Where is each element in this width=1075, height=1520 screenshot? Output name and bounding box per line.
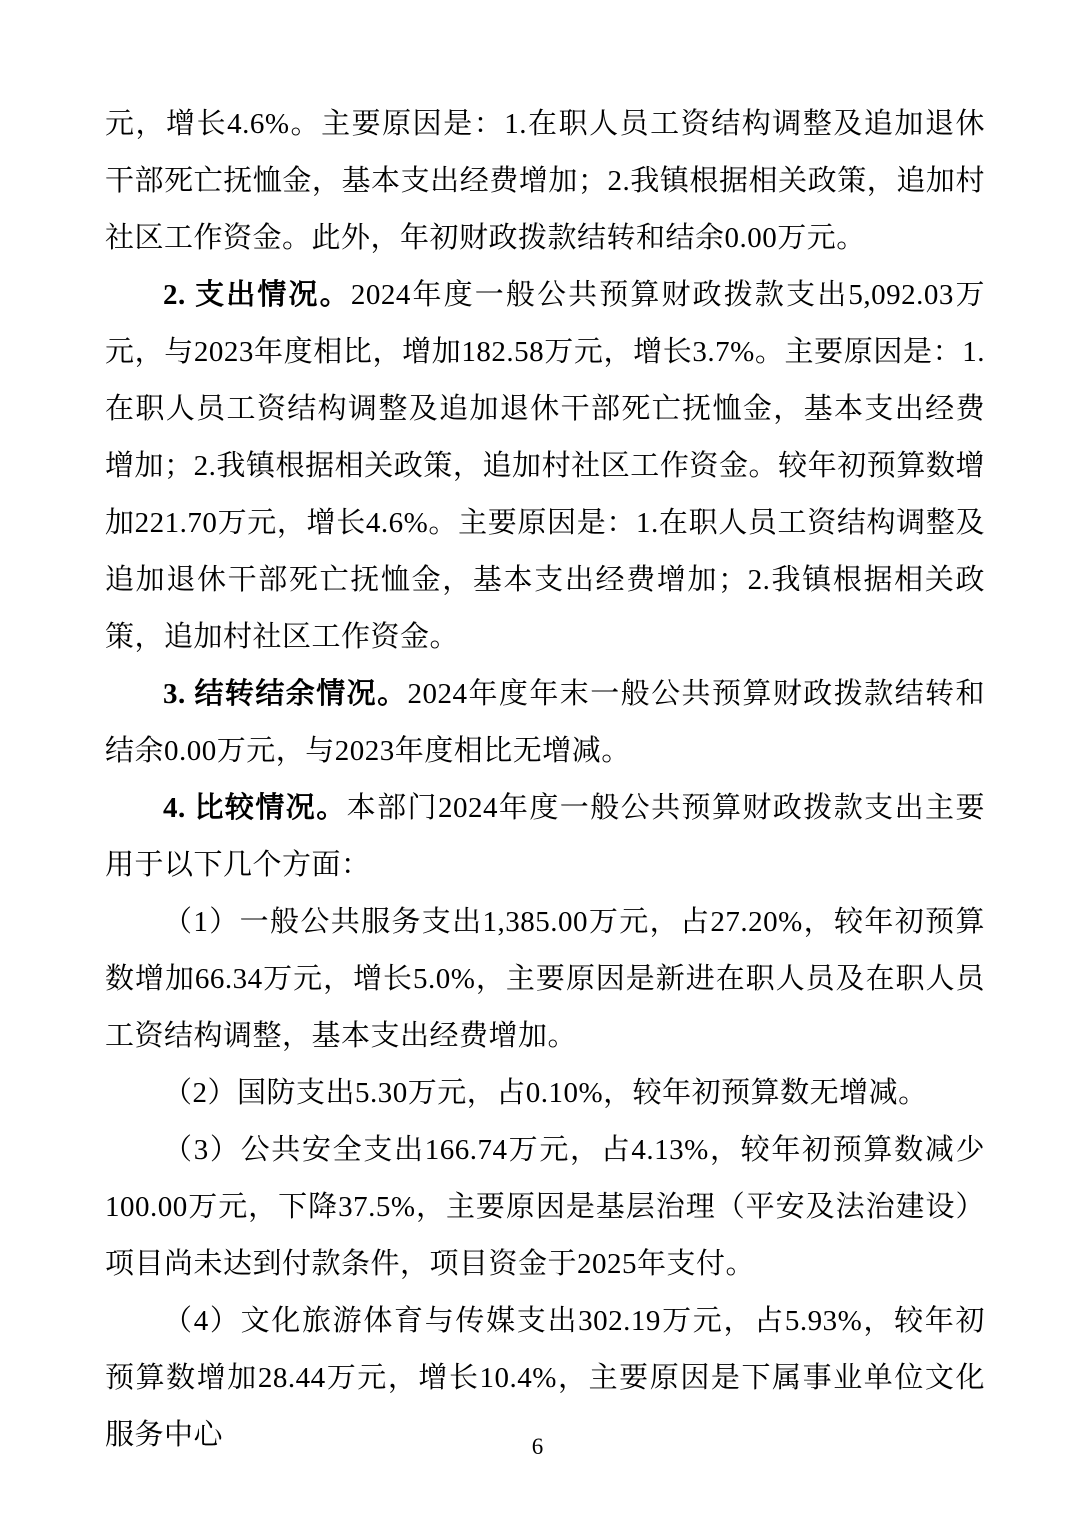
page-footer: 6 bbox=[0, 1433, 1075, 1461]
paragraph: 3. 结转结余情况。2024年度年末一般公共预算财政拨款结转和结余0.00万元，… bbox=[105, 666, 985, 780]
paragraph: 2. 支出情况。2024年度一般公共预算财政拨款支出5,092.03万元，与20… bbox=[105, 267, 985, 666]
paragraph-text: 元，增长4.6%。主要原因是：1.在职人员工资结构调整及追加退休干部死亡抚恤金，… bbox=[105, 108, 985, 254]
paragraph: 元，增长4.6%。主要原因是：1.在职人员工资结构调整及追加退休干部死亡抚恤金，… bbox=[105, 96, 985, 267]
paragraph-text: （3）公共安全支出166.74万元，占4.13%，较年初预算数减少100.00万… bbox=[105, 1134, 985, 1280]
document-body: 元，增长4.6%。主要原因是：1.在职人员工资结构调整及追加退休干部死亡抚恤金，… bbox=[105, 96, 985, 1464]
paragraph: （1）一般公共服务支出1,385.00万元，占27.20%，较年初预算数增加66… bbox=[105, 894, 985, 1065]
paragraph: 4. 比较情况。本部门2024年度一般公共预算财政拨款支出主要用于以下几个方面： bbox=[105, 780, 985, 894]
document-page: 元，增长4.6%。主要原因是：1.在职人员工资结构调整及追加退休干部死亡抚恤金，… bbox=[0, 0, 1075, 1520]
paragraph-text: （2）国防支出5.30万元，占0.10%，较年初预算数无增减。 bbox=[163, 1077, 928, 1109]
paragraph-text: （4）文化旅游体育与传媒支出302.19万元，占5.93%，较年初预算数增加28… bbox=[105, 1305, 985, 1451]
page-number: 6 bbox=[532, 1434, 544, 1459]
paragraph-heading: 2. 支出情况。 bbox=[163, 279, 351, 311]
paragraph: （2）国防支出5.30万元，占0.10%，较年初预算数无增减。 bbox=[105, 1065, 985, 1122]
paragraph-text: （1）一般公共服务支出1,385.00万元，占27.20%，较年初预算数增加66… bbox=[105, 906, 985, 1052]
paragraph-text: 2024年度一般公共预算财政拨款支出5,092.03万元，与2023年度相比，增… bbox=[105, 279, 985, 653]
paragraph-heading: 3. 结转结余情况。 bbox=[163, 678, 408, 710]
paragraph: （3）公共安全支出166.74万元，占4.13%，较年初预算数减少100.00万… bbox=[105, 1122, 985, 1293]
paragraph-heading: 4. 比较情况。 bbox=[163, 792, 347, 824]
